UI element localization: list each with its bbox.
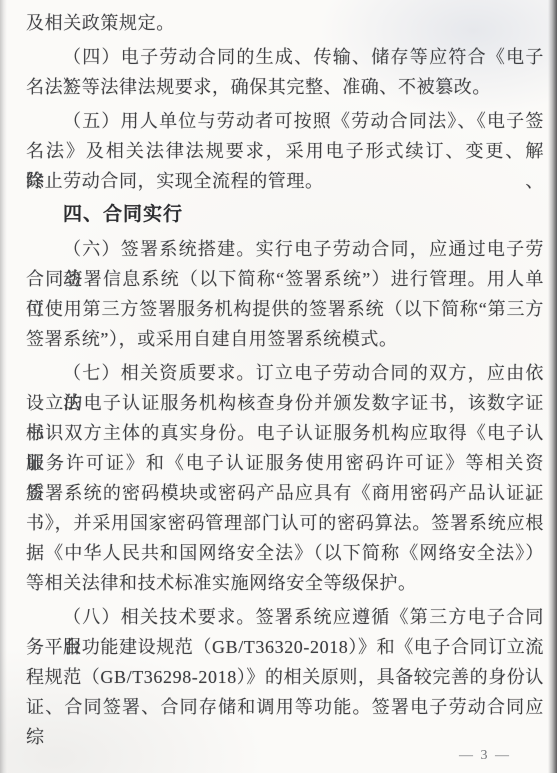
doc-line: 及相关政策规定。 <box>26 8 544 38</box>
doc-line: 等相关法律和技术标准实施网络安全等级保护。 <box>26 568 544 598</box>
doc-line: 签署系统的密码模块或密码产品应具有《商用密码产品认证证 <box>26 478 544 508</box>
doc-line: （五）用人单位与劳动者可按照《劳动合同法》、《电子签 <box>26 106 544 136</box>
doc-line: 签署系统”），或采用自建自用签署系统模式。 <box>26 324 544 354</box>
doc-line: 标识双方主体的真实身份。电子认证服务机构应取得《电子认证 <box>26 418 544 448</box>
doc-line: （四）电子劳动合同的生成、传输、储存等应符合《电子签 <box>26 42 544 72</box>
doc-line: 可使用第三方签署服务机构提供的签署系统（以下简称“第三方 <box>26 294 544 324</box>
doc-line: （六）签署系统搭建。实行电子劳动合同，应通过电子劳动 <box>26 234 544 264</box>
doc-line: 服务许可证》和《电子认证服务使用密码许可证》等相关资质。 <box>26 448 544 478</box>
doc-line: 四、合同实行 <box>26 200 544 230</box>
doc-line: 合同签署信息系统（以下简称“签署系统”）进行管理。用人单位 <box>26 264 544 294</box>
doc-line: 务平台功能建设规范（GB/T36320-2018）》和《电子合同订立流 <box>26 632 544 662</box>
doc-line: 书》，并采用国家密码管理部门认可的密码算法。签署系统应根 <box>26 508 544 538</box>
doc-line: 证、合同签署、合同存储和调用等功能。签署电子劳动合同应综 <box>26 692 544 722</box>
document-body: 及相关政策规定。（四）电子劳动合同的生成、传输、储存等应符合《电子签名法》等法律… <box>26 8 544 722</box>
doc-line: 名法》等法律法规要求，确保其完整、准确、不被篡改。 <box>26 72 544 102</box>
doc-line: 名法》及相关法律法规要求，采用电子形式续订、变更、解除、 <box>26 136 544 166</box>
doc-line: 设立的电子认证服务机构核查身份并颁发数字证书，该数字证书 <box>26 388 544 418</box>
doc-line: （七）相关资质要求。订立电子劳动合同的双方，应由依法 <box>26 358 544 388</box>
page-number: — 3 — <box>459 748 511 764</box>
doc-line: 据《中华人民共和国网络安全法》（以下简称《网络安全法》） <box>26 538 544 568</box>
scan-edge-right <box>548 0 557 773</box>
doc-line: （八）相关技术要求。签署系统应遵循《第三方电子合同服 <box>26 602 544 632</box>
scan-edge-left <box>0 0 7 773</box>
doc-line: 程规范（GB/T36298-2018）》的相关原则，具备较完善的身份认 <box>26 662 544 692</box>
